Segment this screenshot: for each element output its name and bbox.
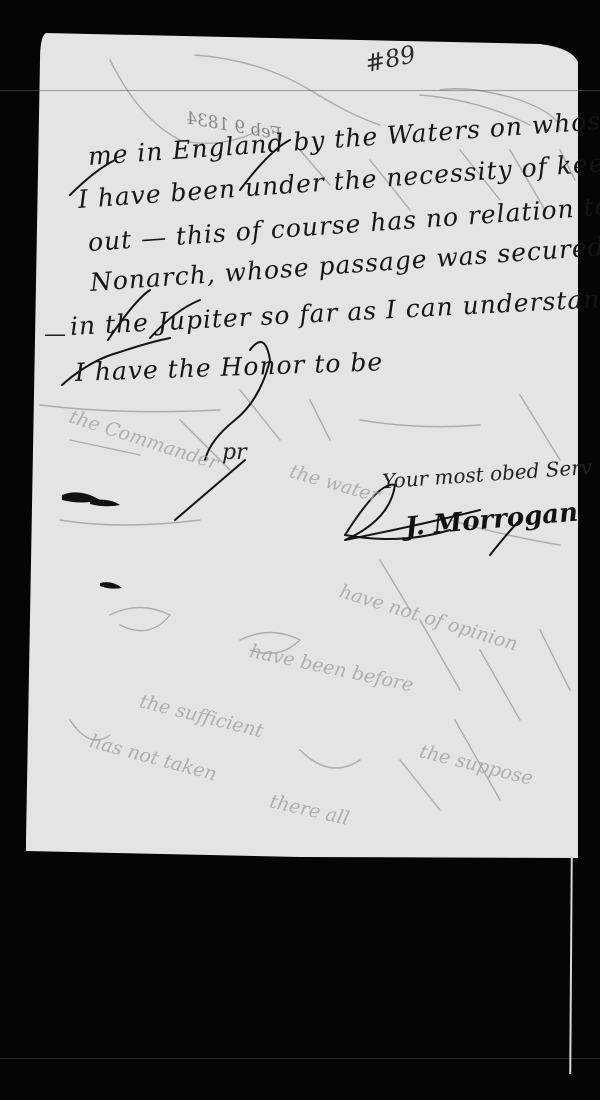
scan-artifact-line bbox=[0, 1058, 600, 1059]
scanned-document: #89 Feb 9 1834 the Commander the water h… bbox=[0, 0, 600, 1100]
scan-artifact-line bbox=[0, 90, 600, 91]
per-abbreviation: pr bbox=[222, 440, 247, 465]
margin-dash: — bbox=[44, 322, 66, 347]
